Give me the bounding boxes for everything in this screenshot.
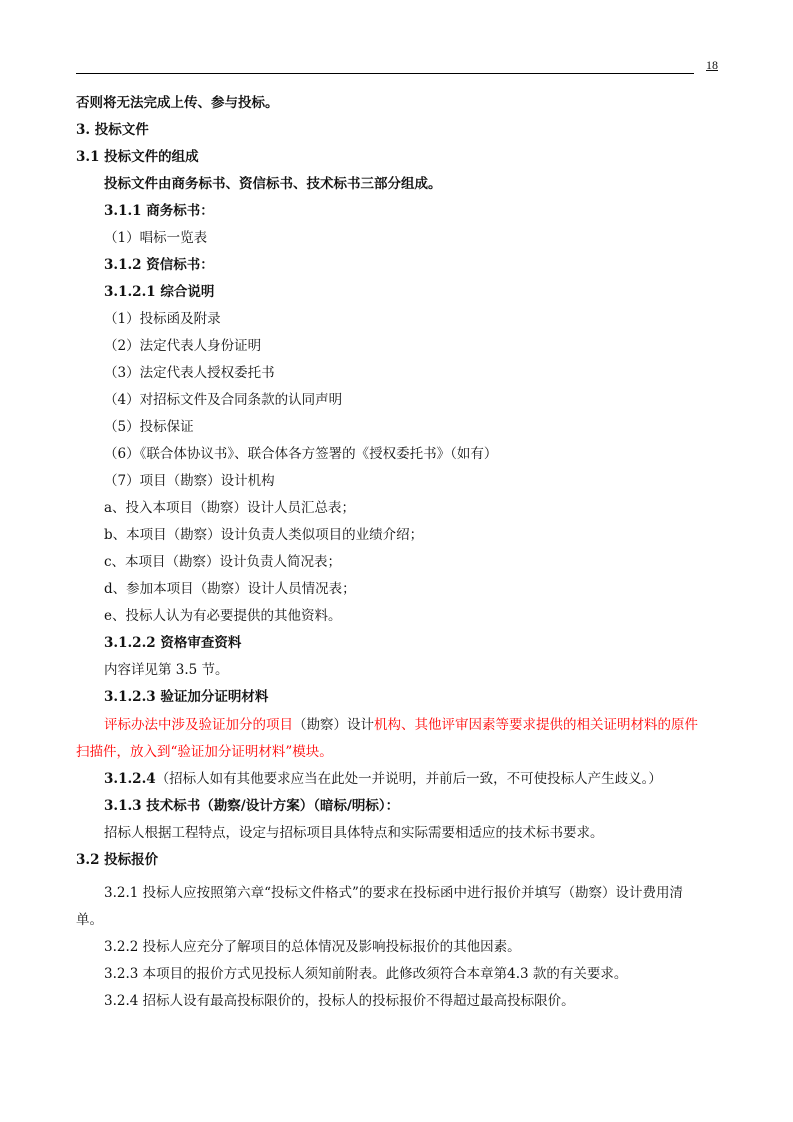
section-heading-3-1-2: 3.1.2 资信标书： bbox=[104, 256, 214, 274]
paragraph-3-1-2-4: 3.1.2.4（招标人如有其他要求应当在此处一并说明，并前后一致，不可使投标人产… bbox=[104, 770, 662, 788]
section-heading-3-2: 3.2 投标报价 bbox=[76, 851, 158, 869]
highlight-paragraph: 评标办法中涉及验证加分的项目（勘察）设计机构、其他评审因素等要求提供的相关证明材… bbox=[104, 716, 698, 734]
sub-list-item: b、本项目（勘察）设计负责人类似项目的业绩介绍； bbox=[104, 526, 423, 544]
section-heading-3-1-1: 3.1.1 商务标书： bbox=[104, 202, 214, 220]
sub-list-item: d、参加本项目（勘察）设计人员情况表； bbox=[104, 580, 356, 598]
header-rule bbox=[76, 73, 694, 74]
section-heading-3-1-2-3: 3.1.2.3 验证加分证明材料 bbox=[104, 688, 268, 706]
paragraph-3-2-4: 3.2.4 招标人设有最高投标限价的，投标人的投标报价不得超过最高投标限价。 bbox=[104, 992, 575, 1010]
paragraph: 招标人根据工程特点，设定与招标项目具体特点和实际需要相适应的技术标书要求。 bbox=[104, 824, 604, 842]
paragraph-3-2-3: 3.2.3 本项目的报价方式见投标人须知前附表。此修改须符合本章第4.3 款的有… bbox=[104, 965, 627, 983]
section-heading-3-1-3: 3.1.3 技术标书（勘察/设计方案）（暗标/明标）： bbox=[104, 797, 399, 815]
paragraph: 内容详见第 3.5 节。 bbox=[104, 661, 229, 679]
list-item: （1）唱标一览表 bbox=[104, 229, 207, 247]
list-item: （1）投标函及附录 bbox=[104, 310, 221, 328]
paragraph-continuation: 单。 bbox=[76, 911, 103, 929]
sub-list-item: e、投标人认为有必要提供的其他资料。 bbox=[104, 607, 342, 625]
list-item: （3）法定代表人授权委托书 bbox=[104, 364, 275, 382]
continuation-text: 否则将无法完成上传、参与投标。 bbox=[76, 94, 279, 112]
list-item: （7）项目（勘察）设计机构 bbox=[104, 472, 275, 490]
page-number: 18 bbox=[706, 58, 718, 73]
sub-list-item: a、投入本项目（勘察）设计人员汇总表； bbox=[104, 499, 355, 517]
section-number: 3.1.2.4 bbox=[104, 771, 156, 787]
paragraph-3-2-1: 3.2.1 投标人应按照第六章“投标文件格式”的要求在投标函中进行报价并填写（勘… bbox=[104, 884, 683, 902]
list-item: （6）《联合体协议书》、联合体各方签署的《授权委托书》（如有） bbox=[104, 445, 497, 463]
section-heading-3: 3. 投标文件 bbox=[76, 121, 149, 139]
section-heading-3-1-2-2: 3.1.2.2 资格审查资料 bbox=[104, 634, 241, 652]
highlight-text: 机构、其他评审因素等要求提供的相关证明材料的原件 bbox=[374, 717, 698, 733]
section-heading-3-1-2-1: 3.1.2.1 综合说明 bbox=[104, 283, 214, 301]
section-heading-3-1: 3.1 投标文件的组成 bbox=[76, 148, 199, 166]
list-item: （4）对招标文件及合同条款的认同声明 bbox=[104, 391, 342, 409]
sub-list-item: c、本项目（勘察）设计负责人简况表； bbox=[104, 553, 341, 571]
highlight-text: 评标办法中涉及验证加分的项目 bbox=[104, 717, 293, 733]
plain-text: （勘察）设计 bbox=[293, 717, 374, 733]
paragraph-3-2-2: 3.2.2 投标人应充分了解项目的总体情况及影响投标报价的其他因素。 bbox=[104, 938, 521, 956]
list-item: （5）投标保证 bbox=[104, 418, 194, 436]
paragraph-text: （招标人如有其他要求应当在此处一并说明，并前后一致，不可使投标人产生歧义。） bbox=[156, 771, 662, 787]
list-item: （2）法定代表人身份证明 bbox=[104, 337, 261, 355]
highlight-text: 扫描件，放入到“验证加分证明材料”模块。 bbox=[76, 743, 333, 761]
paragraph: 投标文件由商务标书、资信标书、技术标书三部分组成。 bbox=[104, 175, 442, 193]
